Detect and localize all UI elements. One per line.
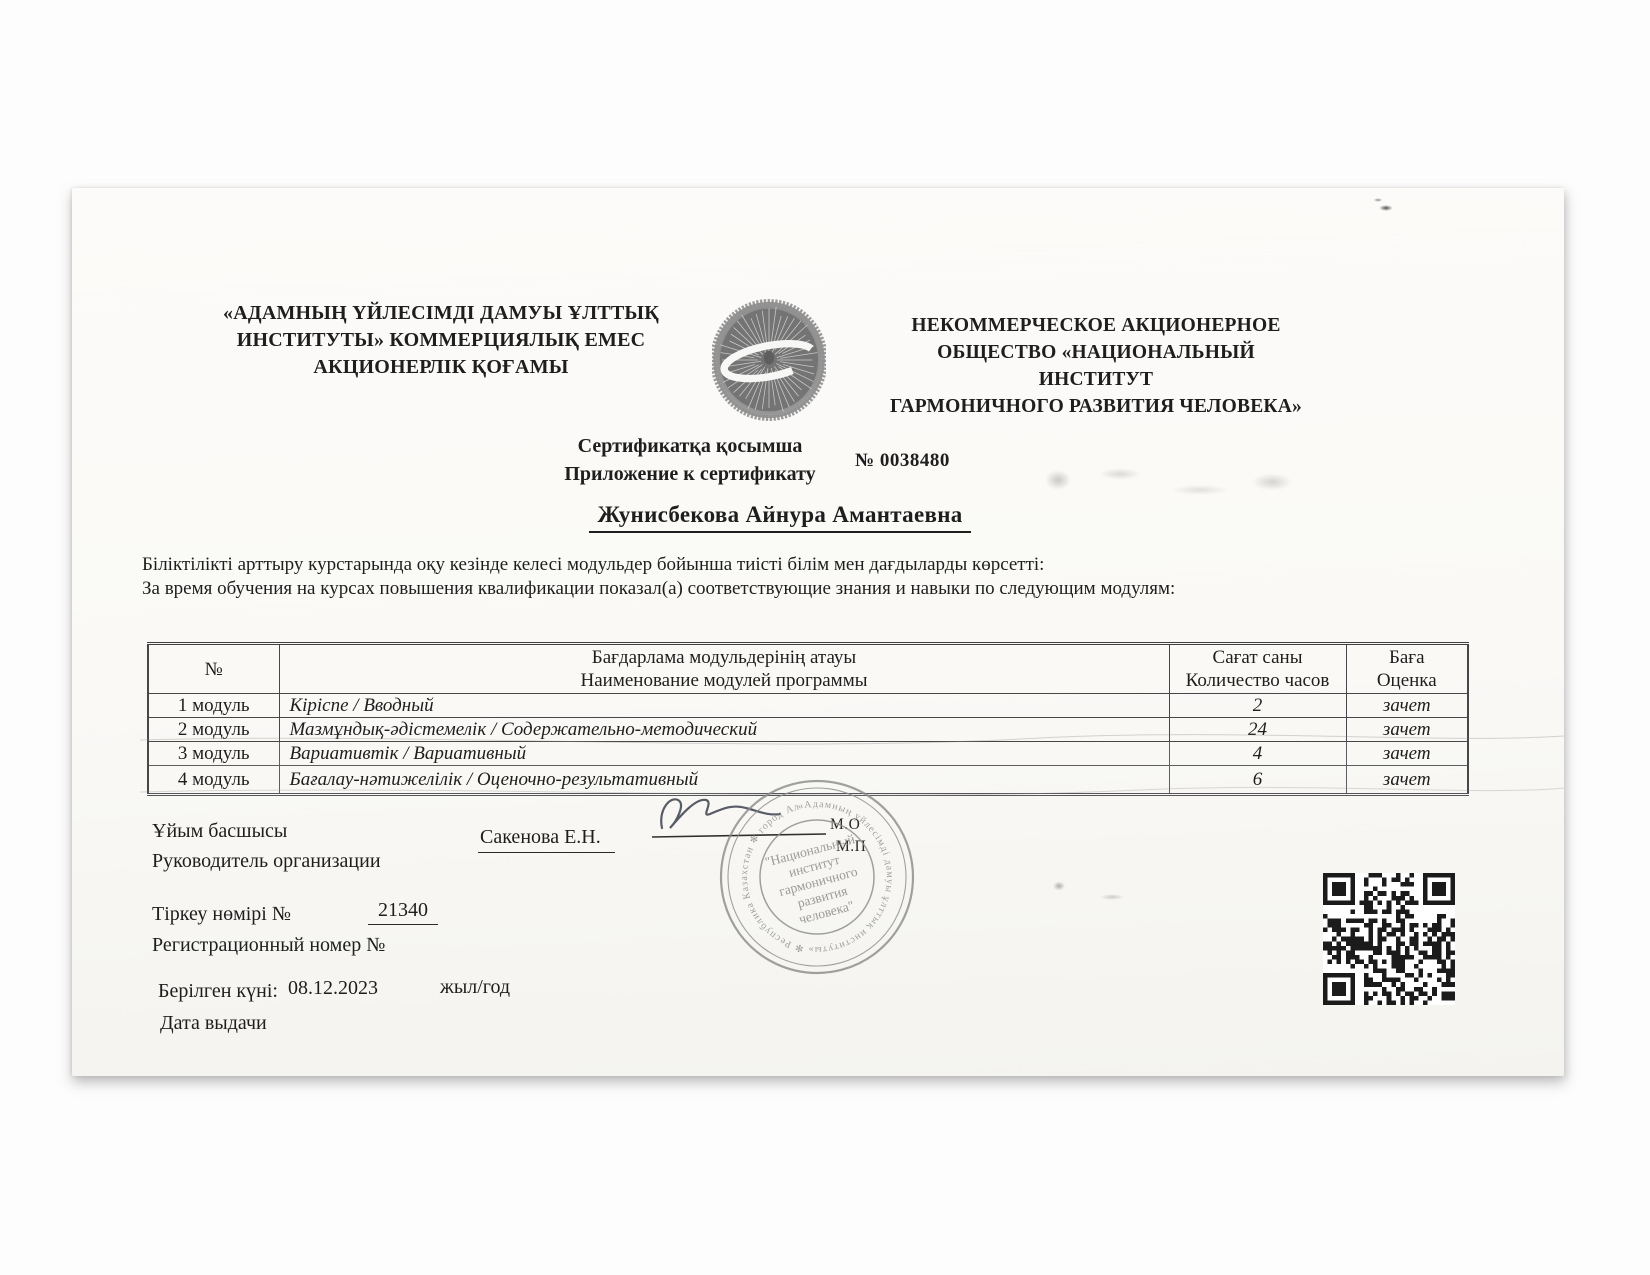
- ink-speck: [1092, 890, 1132, 904]
- header-number: №: [148, 644, 279, 694]
- issue-date-suffix: жыл/год: [440, 976, 510, 999]
- institute-emblem-icon: [712, 299, 826, 421]
- header-module-name: Бағдарлама модульдерінің атауы Наименова…: [279, 644, 1169, 694]
- intro-kazakh: Біліктілікті арттыру курстарында оқу кез…: [142, 553, 1322, 577]
- certificate-holder-name: Жунисбекова Айнура Амантаевна: [520, 502, 1040, 533]
- ink-speck: [1048, 878, 1070, 894]
- faded-stamp-smudge: [1040, 452, 1310, 512]
- module-grade: зачет: [1346, 742, 1468, 766]
- qr-code: [1323, 873, 1455, 1005]
- issue-date-label-kazakh: Берілген күні:: [158, 980, 278, 1003]
- module-name: Вариативтік / Вариативный: [279, 742, 1169, 766]
- table-row: 2 модуль Мазмұндық-әдістемелік / Содержа…: [148, 718, 1468, 742]
- module-number: 2 модуль: [148, 718, 279, 742]
- certificate-number: № 0038480: [855, 450, 950, 472]
- module-hours: 6: [1169, 766, 1346, 795]
- org-name-ru-line1: НЕКОММЕРЧЕСКОЕ АКЦИОНЕРНОЕ: [880, 312, 1312, 339]
- module-name: Кіріспе / Вводный: [279, 694, 1169, 718]
- issue-date-label-russian: Дата выдачи: [160, 1012, 267, 1035]
- module-hours: 4: [1169, 742, 1346, 766]
- registration-number: 21340: [368, 899, 438, 925]
- module-name: Мазмұндық-әдістемелік / Содержательно-ме…: [279, 718, 1169, 742]
- module-number: 3 модуль: [148, 742, 279, 766]
- header-hours: Сағат саны Количество часов: [1169, 644, 1346, 694]
- module-hours: 2: [1169, 694, 1346, 718]
- registration-label-russian: Регистрационный номер №: [152, 934, 385, 957]
- org-name-ru-line3: ГАРМОНИЧНОГО РАЗВИТИЯ ЧЕЛОВЕКА»: [880, 393, 1312, 420]
- org-name-kazakh: «АДАМНЫҢ ҮЙЛЕСІМДІ ДАМУЫ ҰЛТТЫҚ ИНСТИТУТ…: [210, 300, 672, 381]
- signatory-label-russian: Руководитель организации: [152, 850, 381, 873]
- module-hours: 24: [1169, 718, 1346, 742]
- registration-label-kazakh: Тіркеу нөмірі №: [152, 903, 291, 926]
- title-russian: Приложение к сертификату: [540, 460, 840, 488]
- ink-smudge-top-right: [1368, 196, 1400, 214]
- modules-table: № Бағдарлама модульдерінің атауы Наимено…: [147, 642, 1469, 796]
- header-grade: Баға Оценка: [1346, 644, 1468, 694]
- signatory-name: Сакенова Е.Н.: [478, 826, 615, 853]
- issue-date-value: 08.12.2023: [288, 977, 378, 1000]
- org-name-russian: НЕКОММЕРЧЕСКОЕ АКЦИОНЕРНОЕ ОБЩЕСТВО «НАЦ…: [880, 312, 1312, 420]
- table-header-row: № Бағдарлама модульдерінің атауы Наимено…: [148, 644, 1468, 694]
- title-kazakh: Сертификатқа қосымша: [540, 432, 840, 460]
- intro-paragraph: Біліктілікті арттыру курстарында оқу кез…: [142, 553, 1322, 600]
- signatory-label-kazakh: Ұйым басшысы: [152, 820, 287, 843]
- org-name-ru-line2: ОБЩЕСТВО «НАЦИОНАЛЬНЫЙ ИНСТИТУТ: [880, 339, 1312, 393]
- module-number: 4 модуль: [148, 766, 279, 795]
- table-row: 3 модуль Вариативтік / Вариативный 4 зач…: [148, 742, 1468, 766]
- document-title: Сертификатқа қосымша Приложение к сертиф…: [540, 432, 840, 488]
- module-number: 1 модуль: [148, 694, 279, 718]
- module-grade: зачет: [1346, 766, 1468, 795]
- intro-russian: За время обучения на курсах повышения кв…: [142, 577, 1322, 601]
- org-name-kz-line1: «АДАМНЫҢ ҮЙЛЕСІМДІ ДАМУЫ ҰЛТТЫҚ: [210, 300, 672, 327]
- module-grade: зачет: [1346, 718, 1468, 742]
- org-name-kz-line2: ИНСТИТУТЫ» КОММЕРЦИЯЛЫҚ ЕМЕС: [210, 327, 672, 354]
- module-grade: зачет: [1346, 694, 1468, 718]
- org-name-kz-line3: АКЦИОНЕРЛІК ҚОҒАМЫ: [210, 354, 672, 381]
- table-row: 1 модуль Кіріспе / Вводный 2 зачет: [148, 694, 1468, 718]
